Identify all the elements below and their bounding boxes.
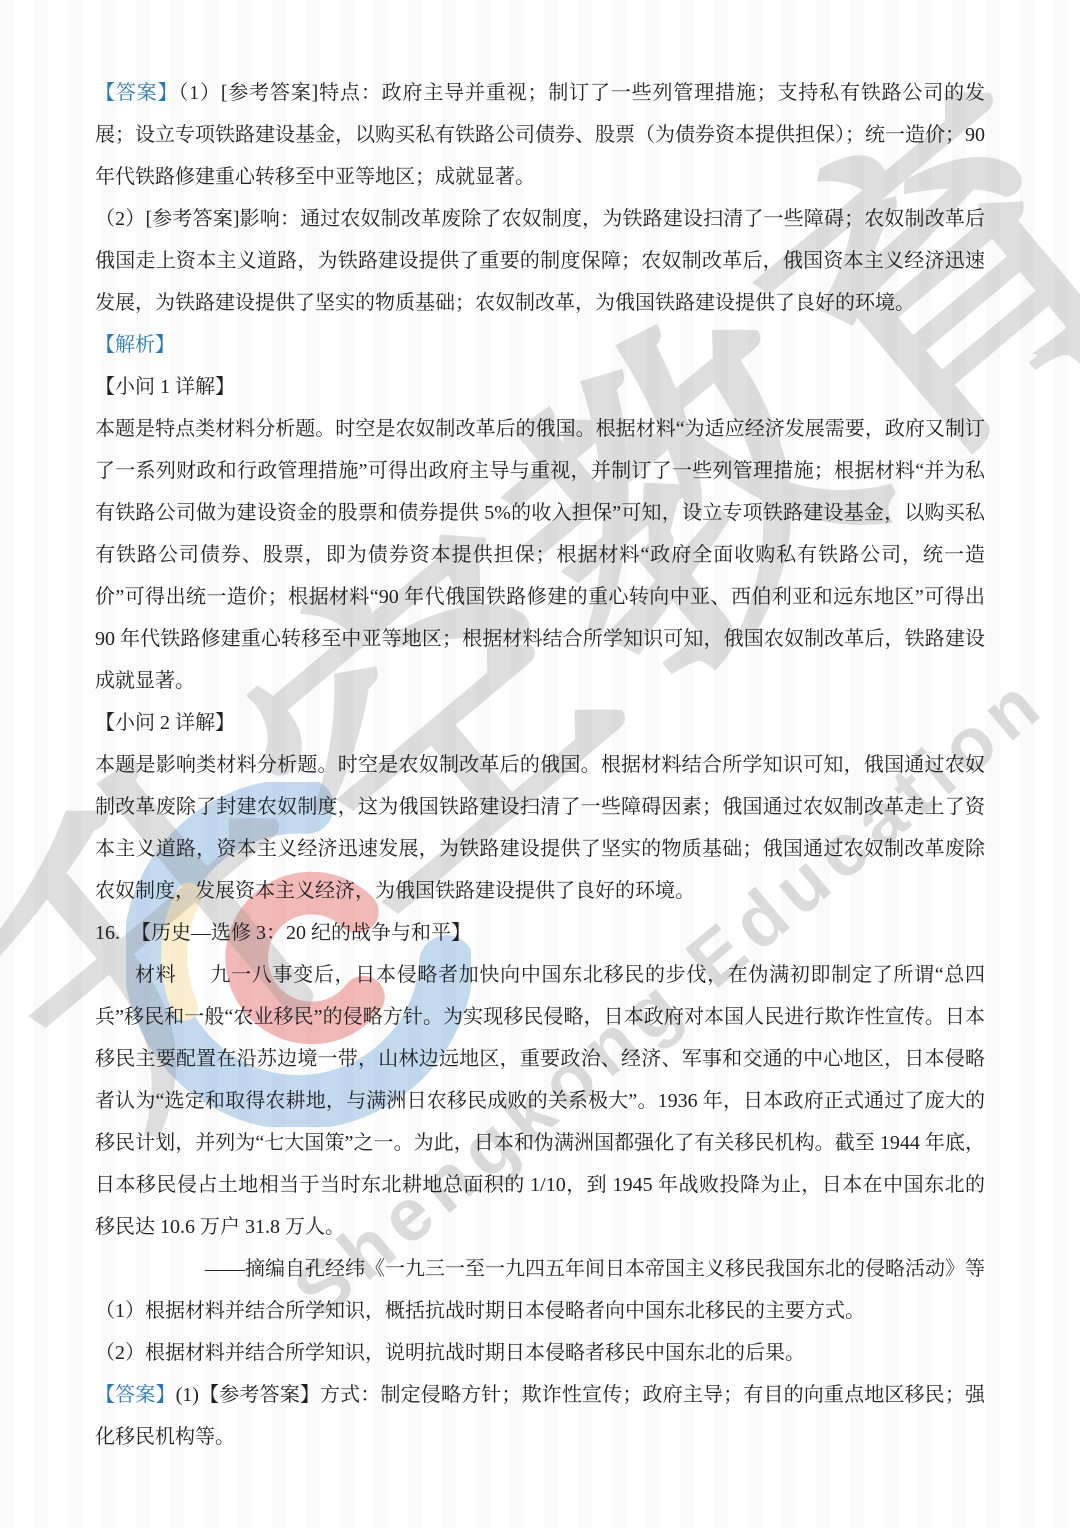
question-16-part1: （1）根据材料并结合所学知识，概括抗战时期日本侵略者向中国东北移民的主要方式。	[95, 1290, 985, 1332]
answer-15-part2: （2）[参考答案]影响：通过农奴制改革废除了农奴制度，为铁路建设扫清了一些障碍；…	[95, 198, 985, 324]
question-16-number: 16.	[95, 922, 120, 944]
question-16-title-line: 16. 【历史—选修 3：20 纪的战争与和平】	[95, 912, 985, 954]
subquestion-1-body: 本题是特点类材料分析题。时空是农奴制改革后的俄国。根据材料“为适应经济发展需要，…	[95, 408, 985, 702]
answer-15-part1: 【答案】（1）[参考答案]特点：政府主导并重视；制订了一些列管理措施；支持私有铁…	[95, 72, 985, 198]
subquestion-1-body-text: 本题是特点类材料分析题。时空是农奴制改革后的俄国。根据材料“为适应经济发展需要，…	[95, 418, 985, 692]
material-label: 材料	[135, 964, 176, 986]
material-attribution-text: ——摘编自孔经纬《一九三一至一九四五年间日本帝国主义移民我国东北的侵略活动》等	[205, 1258, 985, 1280]
document-content: 【答案】（1）[参考答案]特点：政府主导并重视；制订了一些列管理措施；支持私有铁…	[95, 72, 985, 1458]
subquestion-2-label: 【小问 2 详解】	[95, 712, 235, 734]
answer-16-body-text: (1)【参考答案】方式：制定侵略方针；欺诈性宣传；政府主导；有目的向重点地区移民…	[95, 1384, 985, 1448]
answer-15-part2-text: （2）[参考答案]影响：通过农奴制改革废除了农奴制度，为铁路建设扫清了一些障碍；…	[95, 208, 985, 314]
analysis-15-heading: 【解析】	[95, 324, 985, 366]
material-body-text: 九一八事变后，日本侵略者加快向中国东北移民的步伐，在伪满初即制定了所谓“总四兵”…	[95, 964, 985, 1238]
subquestion-1-label: 【小问 1 详解】	[95, 376, 235, 398]
subquestion-2-body-text: 本题是影响类材料分析题。时空是农奴制改革后的俄国。根据材料结合所学知识可知，俄国…	[95, 754, 985, 902]
document-page: 升空教育 Shengkong Education 【答案】（1）[参考答案]特点…	[0, 0, 1080, 1528]
answer-15-part1-text: （1）[参考答案]特点：政府主导并重视；制订了一些列管理措施；支持私有铁路公司的…	[95, 82, 985, 188]
subquestion-2-body: 本题是影响类材料分析题。时空是农奴制改革后的俄国。根据材料结合所学知识可知，俄国…	[95, 744, 985, 912]
answer-15-label: 【答案】	[95, 82, 178, 104]
question-16-part2: （2）根据材料并结合所学知识，说明抗战时期日本侵略者移民中国东北的后果。	[95, 1332, 985, 1374]
analysis-15-label: 【解析】	[95, 334, 175, 356]
answer-16-label: 【答案】	[95, 1384, 176, 1406]
question-16-part2-text: （2）根据材料并结合所学知识，说明抗战时期日本侵略者移民中国东北的后果。	[95, 1342, 805, 1364]
question-16-material: 材料九一八事变后，日本侵略者加快向中国东北移民的步伐，在伪满初即制定了所谓“总四…	[95, 954, 985, 1248]
subquestion-1-heading: 【小问 1 详解】	[95, 366, 985, 408]
question-16-title: 【历史—选修 3：20 纪的战争与和平】	[131, 922, 471, 944]
material-attribution: ——摘编自孔经纬《一九三一至一九四五年间日本帝国主义移民我国东北的侵略活动》等	[95, 1248, 985, 1290]
answer-16: 【答案】(1)【参考答案】方式：制定侵略方针；欺诈性宣传；政府主导；有目的向重点…	[95, 1374, 985, 1458]
question-16-part1-text: （1）根据材料并结合所学知识，概括抗战时期日本侵略者向中国东北移民的主要方式。	[95, 1300, 865, 1322]
subquestion-2-heading: 【小问 2 详解】	[95, 702, 985, 744]
